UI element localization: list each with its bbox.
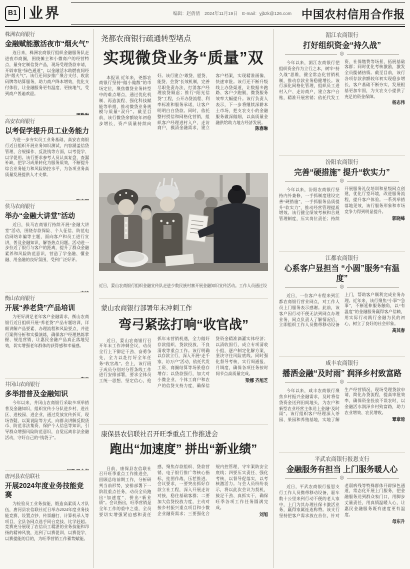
article: 高安农商银行 以考促学提升员工业务能力 为进一步夯实员工业务基础，高安农商银行近… [5,115,89,200]
article-head: 康保县农信联社召开旺季重点工作推进会 跑出“加速度” 拼出“新业绩” [99,424,268,462]
article-headline: 跑出“加速度” 拼出“新业绩” [99,440,268,457]
article-kicker: 平武农商银行报恩支行 [279,455,405,463]
article: 咸丰农商银行 播洒金融“及时雨” 润泽乡村致富路 ◎ 今年以来，咸丰农商银行聚焦… [279,356,405,452]
header-right: 编辑：赵倩倩 2024年11月19日 E-mail：yjbzk@126.com … [71,2,405,25]
article-byline: 高其春 [344,328,405,334]
photo-caption-block: 近日，蒙山农商银行组织金融宣传队走进少数民族村寨开展金融知识宣传活动。工作人员通… [99,272,268,298]
article: 唐河县农信联社 开展2024年度业务技能竞赛 为检验员工业务技能，锻造高素质人才… [5,470,89,564]
lead-article-body: 本报讯 近年来，尧都农商银行坚持“做小做散”的市场定位，聚焦微贷业务转型中的难点… [99,71,268,170]
section-label: B1 业界 [5,3,61,25]
article-kicker: 衡山农商银行 [5,295,89,302]
article-body-block: 近日，蒙山农商银行召开年末工作冲刺会议，动员全行上下铆足干劲、奋勇争先，全力以赴… [99,334,268,424]
photo-caption: 近日，蒙山农商银行组织金融宣传队走进少数民族村寨开展金融知识宣传活动。工作人员通… [99,283,267,298]
article-title: 播洒金融“及时雨” 润泽乡村致富路 [279,369,405,379]
article-title: 举办“金融大讲堂”活动 [5,212,89,221]
article-body: 连日来，株洲农商银行组织金融服务队走进夜市商圈，围绕摊主和小微商户的经营特点，量… [5,50,89,112]
article-title: 开展“养老贷”产品培训 [5,304,89,313]
article-byline: 覃章琼 [344,417,405,423]
article-title: 开展2024年度业务技能竞赛 [5,482,89,500]
page-header: B1 业界 编辑：赵倩倩 2024年11月19日 E-mail：yjbzk@12… [5,3,405,25]
article-body: 今年以来，湄江农商银行把组织资金作为立行之本，树牢“持久战”思维，健全常态化营销… [279,59,405,107]
headline-ornament: ◎ [285,52,399,57]
article-kicker: 江都农商银行 [279,254,405,262]
article-body: 为更好满足老年客户金融需求，衡山农商银行近日组织开展“养老贷”产品专题培训，详细… [5,314,89,376]
header-divider [24,7,25,19]
article: 株洲农商银行 金融赋能激活夜市“烟火气” 连日来，株洲农商银行组织金融服务队走进… [5,29,89,115]
headline-ornament: ◎ [285,179,399,184]
article-body: 本报讯 近年来，尧都农商银行坚持“做小做散”的市场定位，聚焦微贷业务转型中的难点… [99,73,268,132]
article: 平武农商银行报恩支行 金融服务有担当 上门服务暖人心 ◎ 近日，平武农商银行报恩… [279,452,405,564]
article-byline: 杨志伟 [344,100,405,106]
article-title: 以考促学提升员工业务能力 [5,127,89,136]
article-body-block: 日前，康保县农信联社召开旺季重点工作推进会，回顾总结前期工作，分析研判当前形势，… [99,462,268,566]
article-title: 心系客户显担当 “小圆”服务“有温度” [279,264,405,284]
article-title: 金融服务有担当 上门服务暖人心 [279,465,405,475]
dateline: 编辑：赵倩倩 2024年11月19日 E-mail：yjbzk@126.com [173,11,292,17]
article: 湄江农商银行 打好组织资金“持久战” ◎ 今年以来，湄江农商银行把组织资金作为立… [279,29,405,155]
article-body: 近日，侯马农商银行持续开展“金融大讲堂”活动，围绕存款保险、个人征信、防范电信网… [5,222,89,290]
lead-article-head: 尧都农商银行疏通转型堵点 实现微贷业务“质量”双升 [99,29,268,71]
article-kicker: 唐河县农信联社 [5,473,89,480]
article-headline: 弯弓紧弦打响“收官战” [99,314,268,333]
article-body: 日前，康保县农信联社召开旺季重点工作推进会，回顾总结前期工作，分析研判当前形势，… [99,464,268,518]
newspaper-masthead: 中国农村信用合作报 [302,6,406,22]
article-kicker: 井冈山农商银行 [5,381,89,388]
article-title: 完善“硬措施” 提升“软实力” [279,168,405,178]
middle-column: 尧都农商银行疏通转型堵点 实现微贷业务“质量”双升 本报讯 近年来，尧都农商银行… [94,29,274,568]
left-column: 株洲农商银行 金融赋能激活夜市“烟火气” 连日来，株洲农商银行组织金融服务队走进… [5,29,94,568]
article-title: 打好组织资金“持久战” [279,41,405,51]
article: 江都农商银行 心系客户显担当 “小圆”服务“有温度” ◎ 近日，一位客户专程来到… [279,251,405,356]
right-column: 湄江农商银行 打好组织资金“持久战” ◎ 今年以来，湄江农商银行把组织资金作为立… [274,29,405,568]
article-kicker: 湄江农商银行 [279,31,405,39]
article-kicker: 蒙山农商银行部署年末冲刺工作 [101,303,268,312]
article-title: 多举措普及金融知识 [5,390,89,399]
article: 井冈山农商银行 多举措普及金融知识 今年以来，井冈山农商银行采取多项举措普及金融… [5,378,89,470]
article-head: 蒙山农商银行部署年末冲刺工作 弯弓紧弦打响“收官战” [99,298,268,334]
headline-ornament: ◎ [285,476,399,481]
article-byline: 郭晓峰 [344,216,405,222]
lead-headline: 实现微贷业务“质量”双升 [99,46,268,71]
header-rule [5,26,405,27]
news-photo [99,173,268,271]
section-badge: B1 [5,6,20,21]
article-body: 今年以来，井冈山农商银行采取多项举措普及金融知识，组织宣传小分队进乡村、进社区、… [5,400,89,468]
article-kicker: 高安农商银行 [5,118,89,125]
article-kicker: 汾阳农商银行 [279,158,405,166]
article-kicker: 尧都农商银行疏通转型堵点 [101,33,268,44]
article-byline: 母东升 [344,519,405,525]
article-kicker: 侯马农商银行 [5,203,89,210]
article-kicker: 康保县农信联社召开旺季重点工作推进会 [101,429,268,438]
headline-ornament: ◎ [285,380,399,385]
article-byline: 刘旭 [216,512,268,518]
article-title: 金融赋能激活夜市“烟火气” [5,40,89,49]
article: 汾阳农商银行 完善“硬措施” 提升“软实力” ◎ 今年以来，汾阳农商银行坚持内外… [279,155,405,251]
article-body: 为检验员工业务技能，锻造高素质人才队伍，唐河县农信联社近日举办2024年度业务技… [5,501,89,564]
article-body: 为进一步夯实员工业务基础，高安农商银行近日组织开展业务知识测试，内容涵盖信贷管理… [5,137,89,198]
page-content: 株洲农商银行 金融赋能激活夜市“烟火气” 连日来，株洲农商银行组织金融服务队走进… [5,29,405,568]
headline-ornament: ◎ [285,285,399,290]
article-byline: 陈春琳 [216,126,268,132]
article-kicker: 咸丰农商银行 [279,359,405,367]
article: 衡山农商银行 开展“养老贷”产品培训 为更好满足老年客户金融需求，衡山农商银行近… [5,292,89,378]
section-name: 业界 [29,3,61,23]
article: 侯马农商银行 举办“金融大讲堂”活动 近日，侯马农商银行持续开展“金融大讲堂”活… [5,200,89,292]
article-kicker: 株洲农商银行 [5,31,89,38]
article-byline: 梁娜 齐旭芝 [216,378,268,384]
photo-block [99,170,268,272]
newspaper-page: B1 业界 编辑：赵倩倩 2024年11月19日 E-mail：yjbzk@12… [0,0,410,569]
